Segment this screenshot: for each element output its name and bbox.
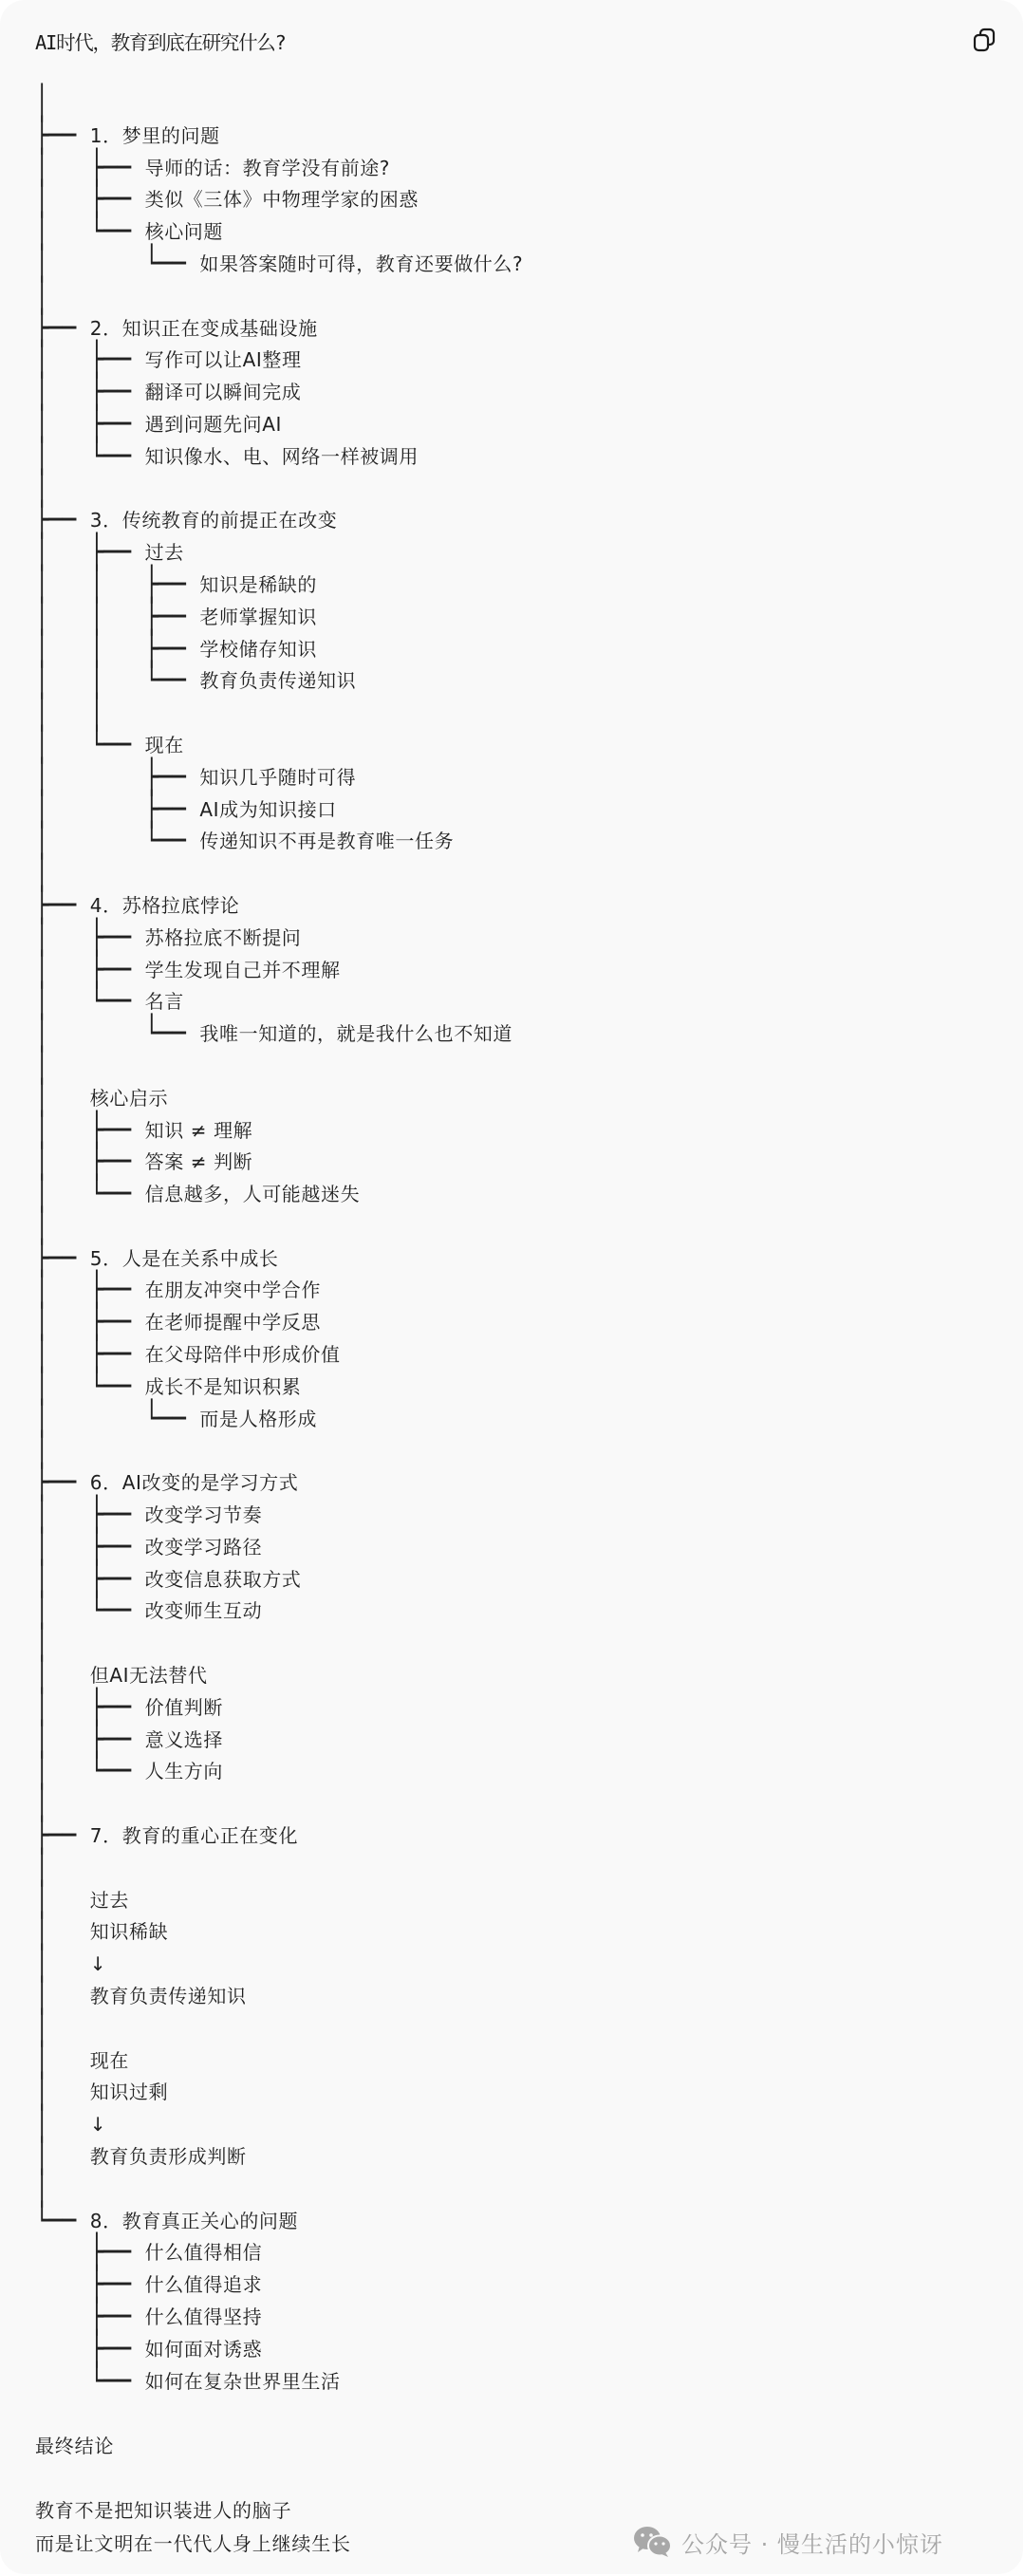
tree-line-text: 写作可以让AI整理 — [145, 345, 302, 377]
tree-branch: │ └── — [35, 819, 199, 866]
tree-line: │ — [35, 2013, 523, 2045]
conclusion-heading: 最终结论 — [35, 2432, 114, 2460]
watermark: 公众号 · 慢生活的小惊讶 — [632, 2525, 943, 2559]
tree-line: │ │ └── 教育负责传递知识 — [35, 665, 523, 698]
tree-line-text: 价值判断 — [145, 1692, 223, 1725]
tree-line: │ 教育负责形成判断 — [35, 2141, 523, 2174]
tree-line-text: 信息越多，人可能越迷失 — [145, 1179, 361, 1211]
tree-line-text: 答案 ≠ 判断 — [145, 1147, 253, 1179]
tree-line-text: 7．教育的重心正在变化 — [90, 1820, 298, 1853]
tree-line-text: 知识是稀缺的 — [199, 569, 317, 602]
tree-line: │ — [35, 88, 523, 121]
tree-line-text: 教育负责传递知识 — [90, 1981, 247, 2013]
tree-branch: │ └── — [35, 1749, 145, 1796]
tree-line-text: 学校储存知识 — [199, 634, 317, 666]
tree-branch: │ └── — [35, 1171, 145, 1218]
tree-line-text: 改变学习节奏 — [145, 1500, 263, 1532]
tree-line-text: 在老师提醒中学反思 — [145, 1307, 321, 1339]
tree-line-text: 什么值得坚持 — [145, 2302, 263, 2334]
tree-branch: │ └── — [35, 241, 199, 288]
section-heading: ├── 7．教育的重心正在变化 — [35, 1820, 523, 1853]
tree-line-text: 改变师生互动 — [145, 1596, 263, 1628]
tree-line-text: 改变信息获取方式 — [145, 1564, 302, 1596]
conclusion-line: 教育不是把知识装进人的脑子 — [35, 2496, 291, 2525]
tree-line: │ ↓ — [35, 2109, 523, 2141]
tree-branch: │ └── — [35, 1396, 199, 1443]
tree-line-text: 在朋友冲突中学合作 — [145, 1275, 321, 1307]
tree-line: │ 教育负责传递知识 — [35, 1981, 523, 2013]
tree-line: │ └── 传递知识不再是教育唯一任务 — [35, 826, 523, 858]
tree-line: │ └── 信息越多，人可能越迷失 — [35, 1179, 523, 1211]
tree-line-text: 知识过剩 — [90, 2077, 168, 2109]
tree-line: └── 如何在复杂世界里生活 — [35, 2366, 523, 2399]
tree-branch: │ └── — [35, 1589, 145, 1635]
tree-line: │ 知识过剩 — [35, 2077, 523, 2109]
tree-line-text: 知识几乎随时可得 — [199, 762, 356, 794]
outline-tree: │ ├── 1．梦里的问题 │ ├── 导师的话：教育学没有前途? │ ├── … — [35, 88, 523, 2398]
tree-line: │ 过去 — [35, 1885, 523, 1917]
tree-line-text: 翻译可以瞬间完成 — [145, 377, 302, 409]
tree-line-text: 意义选择 — [145, 1725, 223, 1757]
tree-line-text: 而是人格形成 — [199, 1404, 317, 1436]
tree-line: │ 现在 — [35, 2045, 523, 2078]
tree-line-text: 遇到问题先问AI — [145, 409, 282, 441]
watermark-text: 公众号 · 慢生活的小惊讶 — [681, 2526, 943, 2559]
tree-line-text: 教育负责传递知识 — [199, 665, 356, 698]
tree-line-text: 什么值得相信 — [145, 2237, 263, 2269]
tree-line-text: 类似《三体》中物理学家的困惑 — [145, 184, 419, 216]
arrow-down-icon: ↓ — [90, 1949, 106, 1981]
code-block-card: AI时代，教育到底在研究什么? │ ├── 1．梦里的问题 │ ├── 导师的话… — [0, 0, 1023, 2574]
arrow-down-icon: ↓ — [90, 2109, 106, 2141]
tree-line: │ └── 如果答案随时可得，教育还要做什么? — [35, 249, 523, 281]
tree-line: │ └── 我唯一知道的，就是我什么也不知道 — [35, 1018, 523, 1051]
tree-line-text: 改变学习路径 — [145, 1532, 263, 1564]
tree-line-text: 如果答案随时可得，教育还要做什么? — [199, 249, 523, 281]
tree-line: │ — [35, 2174, 523, 2206]
tree-branch: │ └── — [35, 434, 145, 480]
tree-line-text: 教育负责形成判断 — [90, 2141, 247, 2174]
tree-line-text: AI成为知识接口 — [199, 794, 336, 827]
tree-line-text: 老师掌握知识 — [199, 602, 317, 634]
tree-line: │ ↓ — [35, 1949, 523, 1981]
tree-line-text: 过去 — [90, 1885, 129, 1917]
tree-line: │ └── 而是人格形成 — [35, 1404, 523, 1436]
tree-line-text: 导师的话：教育学没有前途? — [145, 153, 390, 185]
copy-icon — [970, 26, 998, 54]
wechat-icon — [632, 2525, 674, 2559]
tree-line-text: 知识像水、电、网络一样被调用 — [145, 441, 419, 474]
tree-line-text: 知识 ≠ 理解 — [145, 1115, 253, 1148]
tree-line-text: 什么值得追求 — [145, 2269, 263, 2302]
tree-line-text: 人生方向 — [145, 1756, 223, 1788]
tree-line-text: 苏格拉底不断提问 — [145, 923, 302, 955]
tree-line: │ — [35, 1853, 523, 1885]
tree-line-text: 知识稀缺 — [90, 1916, 168, 1949]
tree-line-text: 我唯一知道的，就是我什么也不知道 — [199, 1018, 512, 1051]
block-title: AI时代，教育到底在研究什么? — [35, 28, 286, 57]
tree-line-text: 如何在复杂世界里生活 — [145, 2366, 341, 2399]
tree-line: │ 知识稀缺 — [35, 1916, 523, 1949]
tree-line-text: 现在 — [90, 2045, 129, 2078]
tree-line: │ └── 人生方向 — [35, 1756, 523, 1788]
tree-line-text: 传递知识不再是教育唯一任务 — [199, 826, 454, 858]
tree-line-text: 如何面对诱惑 — [145, 2334, 263, 2366]
tree-line: │ └── 知识像水、电、网络一样被调用 — [35, 441, 523, 474]
tree-line: │ └── 改变师生互动 — [35, 1596, 523, 1628]
tree-line-text: 在父母陪伴中形成价值 — [145, 1339, 341, 1372]
tree-line-text: 学生发现自己并不理解 — [145, 955, 341, 987]
tree-branch: └── — [35, 2359, 145, 2405]
copy-button[interactable] — [970, 26, 998, 54]
conclusion-line: 而是让文明在一代代人身上继续生长 — [35, 2529, 351, 2558]
tree-branch: │ └── — [35, 1012, 199, 1058]
